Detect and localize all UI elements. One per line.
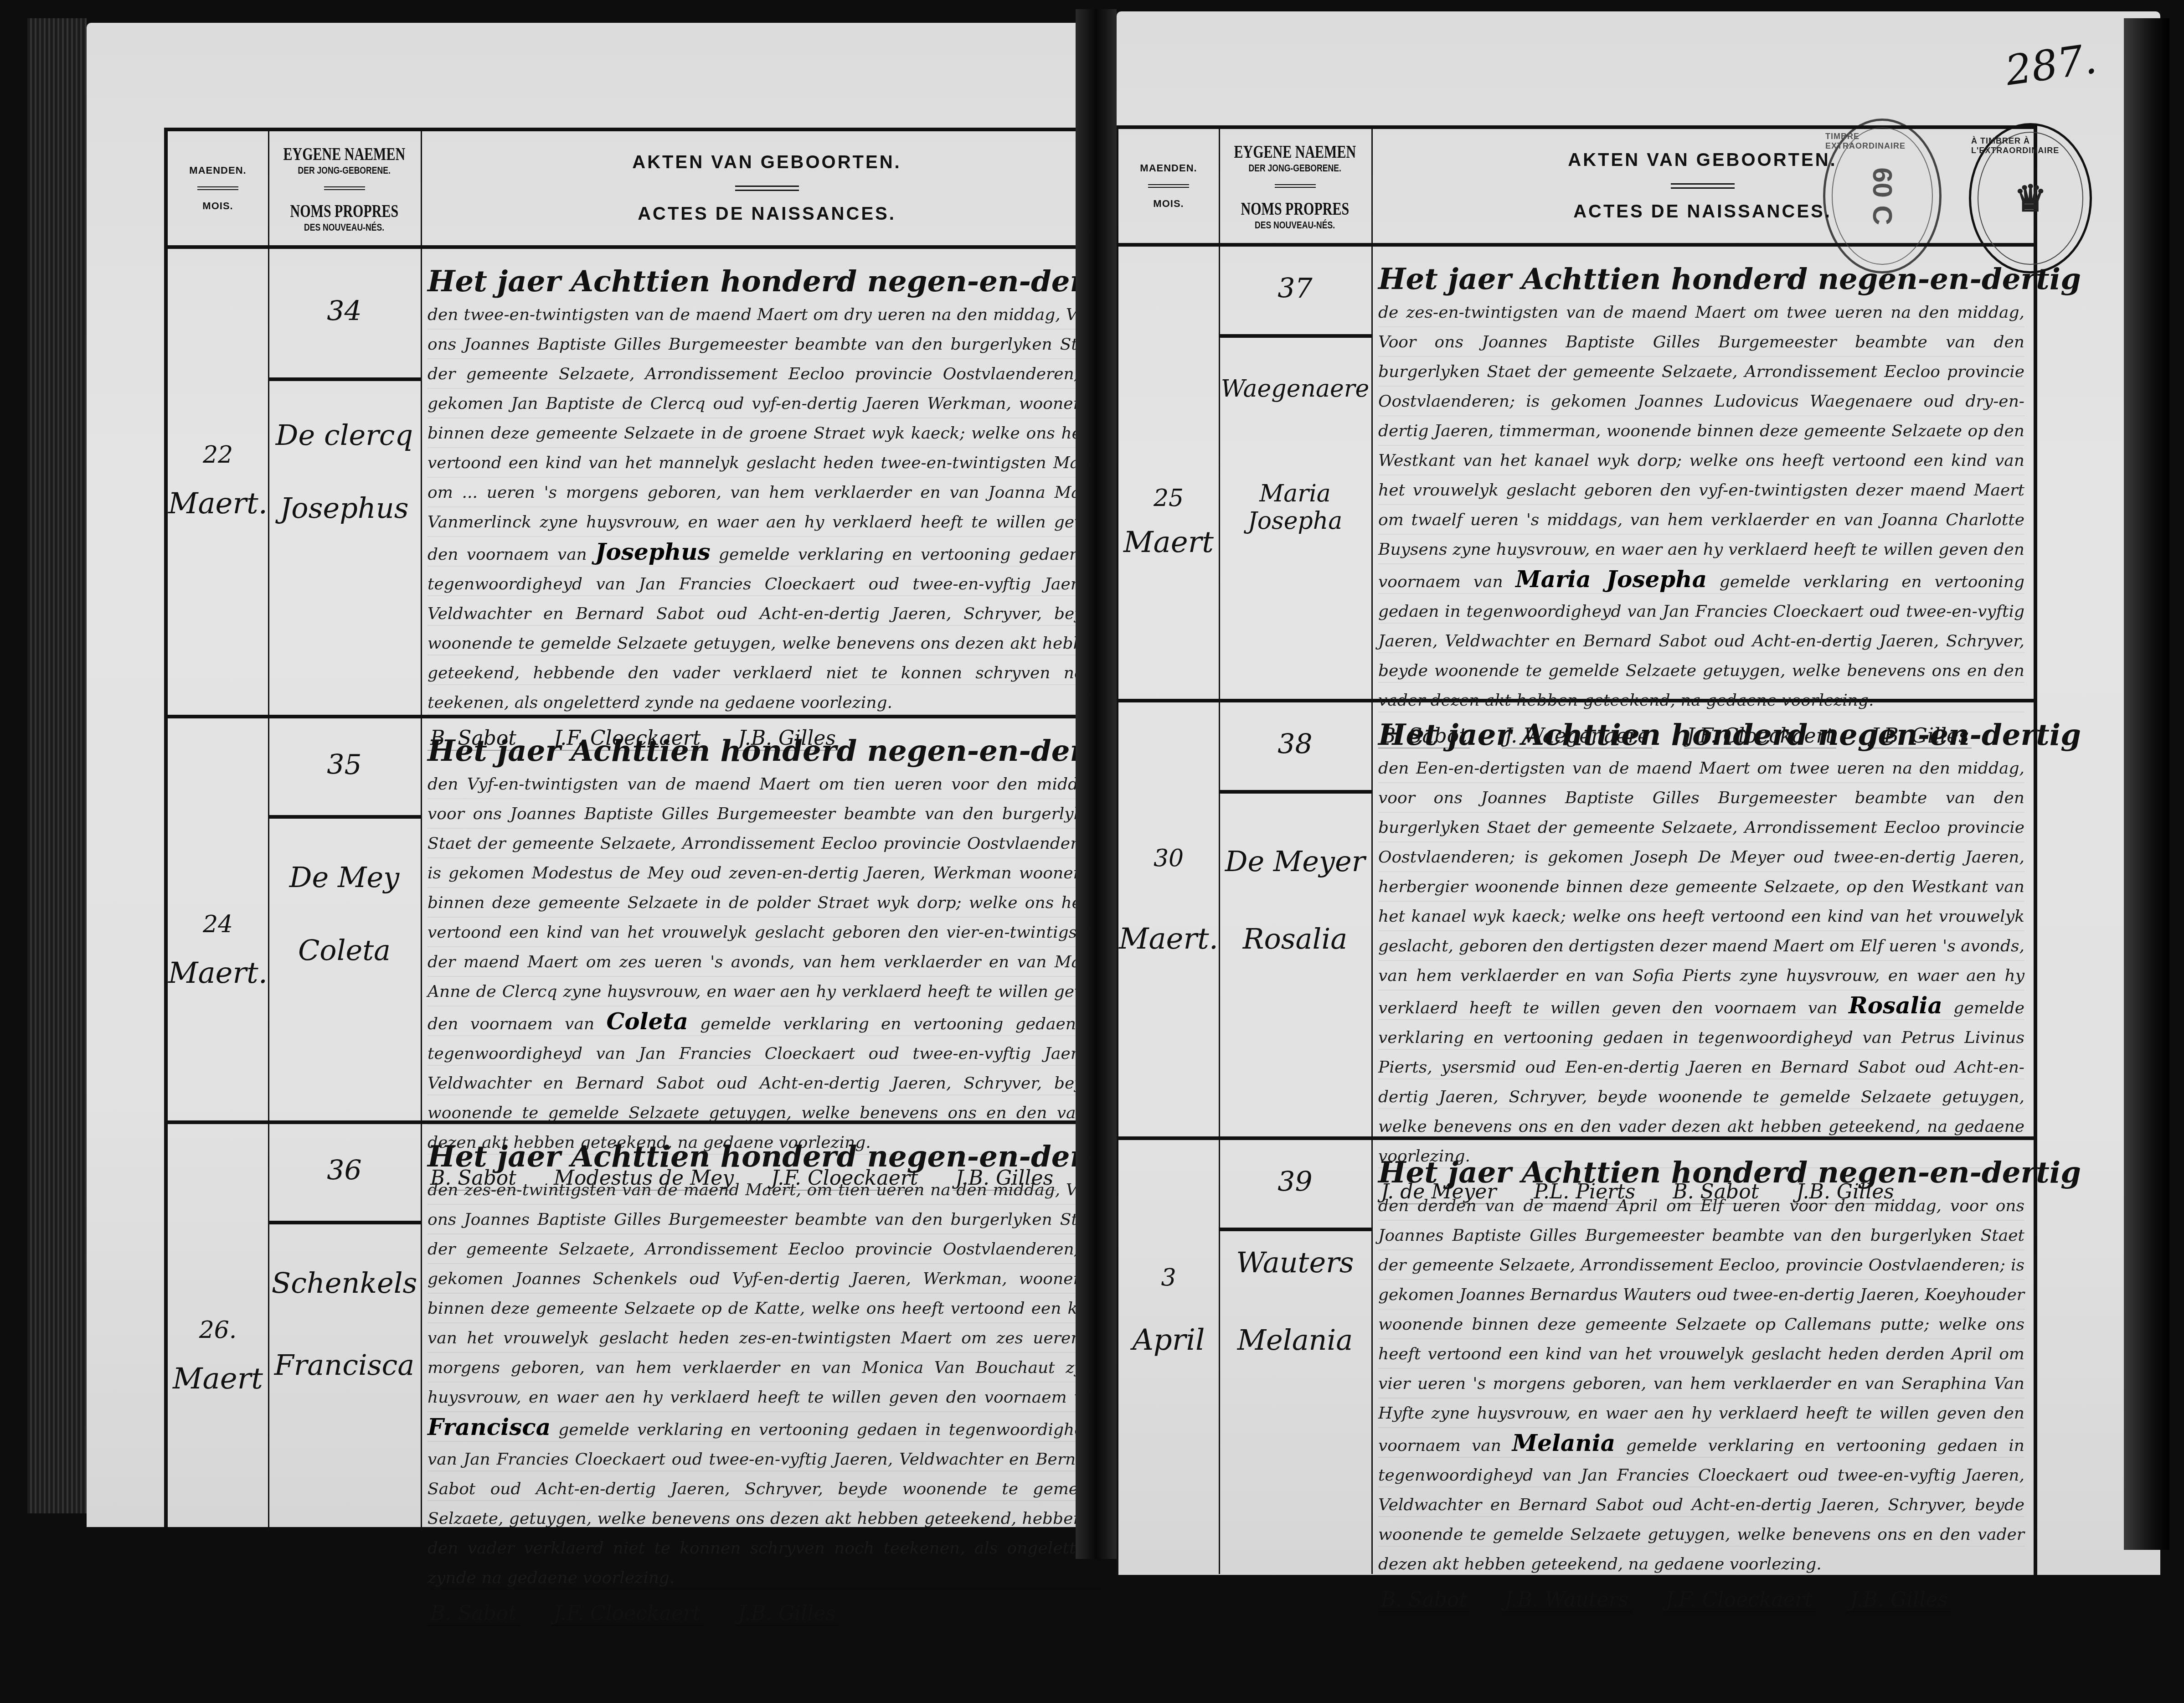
book-spine [1076,9,1117,1559]
given-name-highlight: Rosalia [1849,992,1942,1019]
record-surname: Waegenaere [1219,375,1371,403]
record-body: den Vyf-en-twintigsten van de maend Maer… [428,769,1104,1157]
header-names-fr: NOMS PROPRES [1241,198,1350,219]
header-names-nl-sub: DER JONG-GEBORENE. [298,165,391,176]
date-cell: 22 Maert. [168,245,269,715]
record-opening: Het jaer Achttien honderd negen-en-derti… [428,1139,1104,1175]
header-names-column: EYGENE NAEMEN DER JONG-GEBORENE. NOMS PR… [1219,129,1373,243]
record-text: Het jaer Achttien honderd negen-en-derti… [428,263,1104,710]
record-month: Maert [168,1362,268,1396]
body-text: den zes-en-twintigsten van de maend Maer… [428,1181,1104,1407]
record-given-name: Melania [1219,1323,1371,1357]
header-month-nl: MAENDEN. [1140,162,1197,174]
record-month: Maert. [1118,922,1219,956]
record-opening: Het jaer Achttien honderd negen-en-derti… [428,733,1104,769]
birth-record-39: 3 April 39 Wauters Melania Het jaer Acht… [1118,1136,2034,1574]
divider [324,186,365,190]
record-given-name: Francisca [268,1348,421,1382]
birth-record-35: 24 Maert. 35 De Mey Coleta Het jaer Acht… [168,715,1113,1124]
record-body: de zes-en-twintigsten van de maend Maert… [1378,298,2024,715]
record-day: 24 [168,911,268,938]
title-nl: AKTEN VAN GEBOORTEN. [632,152,901,173]
header-names-nl-sub: DER JONG-GEBORENE. [1249,162,1341,174]
given-name-highlight: Coleta [606,1008,688,1035]
header-month-fr: MOIS. [202,200,233,212]
record-body: den Een-en-dertigsten van de maend Maert… [1378,753,2024,1171]
body-text: de zes-en-twintigsten van de maend Maert… [1378,303,2024,591]
header-title-column: AKTEN VAN GEBOORTEN. ACTES DE NAISSANCES… [421,131,1113,245]
header-month-fr: MOIS. [1153,198,1184,210]
divider [197,186,238,190]
signature: B. Sabot [1378,1588,1470,1612]
signature: J.F. Cloeckaert [551,1602,703,1626]
record-number: 35 [268,715,421,819]
record-given-name: Josephus [268,491,421,525]
body-text: den twee-en-twintigsten van de maend Mae… [428,305,1104,564]
record-given-name: Coleta [268,934,421,967]
record-surname: De Meyer [1219,845,1371,878]
body-text: gemelde verklaring en vertooning gedaen … [428,545,1104,712]
record-day: 25 [1118,485,1219,512]
body-text: den Vyf-en-twintigsten van de maend Maer… [428,775,1104,1033]
record-day: 22 [168,441,268,469]
record-given-name: Rosalia [1219,922,1371,955]
record-body: den zes-en-twintigsten van de maend Maer… [428,1175,1104,1593]
body-text: gemelde verklaring en vertooning gedaen … [428,1420,1104,1587]
record-given-name: Maria Josepha [1219,480,1371,535]
record-surname: Schenkels [268,1266,421,1300]
given-name-highlight: Maria Josepha [1515,566,1707,593]
signature: B. Sabot [428,1602,519,1626]
date-cell: 26. Maert [168,1120,269,1531]
record-surname: De Mey [268,861,421,894]
signature: J.F. Cloeckaert [1663,1588,1815,1612]
name-cell: 34 De clercq Josephus [268,245,422,715]
header-names-nl: EYGENE NAEMEN [283,143,406,165]
left-book-edge [27,18,87,1513]
name-cell: 36 Schenkels Francisca [268,1120,422,1531]
body-text: den derden van de maend April om Elf uer… [1378,1197,2024,1455]
record-month: Maert. [168,956,268,990]
record-body: den twee-en-twintigsten van de maend Mae… [428,300,1104,717]
signature: J.B. Gilles [735,1602,839,1626]
name-cell: 38 De Meyer Rosalia [1219,699,1373,1136]
birth-record-38: 30 Maert. 38 De Meyer Rosalia Het jaer A… [1118,699,2034,1140]
title-fr: ACTES DE NAISSANCES. [638,204,896,224]
record-opening: Het jaer Achttien honderd negen-en-derti… [1378,1155,2024,1191]
birth-record-37: 25 Maert 37 Waegenaere Maria Josepha Het… [1118,243,2034,702]
record-text: Het jaer Achttien honderd negen-en-derti… [1378,261,2024,694]
register-table-left: MAENDEN. MOIS. EYGENE NAEMEN DER JONG-GE… [164,128,1117,1527]
record-number: 36 [268,1120,421,1224]
header-names-fr-sub: DES NOUVEAU-NÉS. [304,222,384,233]
given-name-highlight: Melania [1512,1429,1615,1456]
stamp-label: TIMBRE EXTRAORDINAIRE [1825,132,1939,151]
record-surname: Wauters [1219,1246,1371,1279]
given-name-highlight: Francisca [428,1414,551,1440]
body-text: gemelde verklaring en vertooning gedaen … [1378,1436,2024,1574]
signatures: B. Sabot J.B. Wauters J.F. Cloeckaert J.… [1378,1588,2024,1612]
register-table-right: MAENDEN. MOIS. EYGENE NAEMEN DER JONG-GE… [1117,125,2037,1575]
record-month: April [1118,1323,1219,1357]
record-month: Maert [1118,526,1219,559]
divider [1148,184,1189,188]
name-cell: 39 Wauters Melania [1219,1136,1373,1574]
header-month-column: MAENDEN. MOIS. [1118,129,1220,243]
header-names-nl: EYGENE NAEMEN [1234,141,1356,162]
record-text: Het jaer Achttien honderd negen-en-derti… [1378,717,2024,1132]
stamp-label: À TIMBRER À L'EXTRAORDINAIRE [1971,136,2090,155]
record-opening: Het jaer Achttien honderd negen-en-derti… [1378,717,2024,753]
signatures: B. Sabot J.F. Cloeckaert J.B. Gilles [428,1602,1104,1626]
date-cell: 25 Maert [1118,243,1220,699]
record-body: den derden van de maend April om Elf uer… [1378,1191,2024,1579]
register-header: MAENDEN. MOIS. EYGENE NAEMEN DER JONG-GE… [168,131,1113,249]
record-month: Maert. [168,487,268,521]
divider [1671,183,1735,189]
body-text: gemelde verklaring en vertooning gedaen … [1378,573,2024,710]
date-cell: 3 April [1118,1136,1220,1574]
record-text: Het jaer Achttien honderd negen-en-derti… [428,733,1104,1116]
header-month-column: MAENDEN. MOIS. [168,131,269,245]
record-opening: Het jaer Achttien honderd negen-en-derti… [428,263,1104,300]
signature: J.B. Wauters [1502,1588,1631,1612]
right-book-edge [2124,18,2169,1550]
divider [1275,184,1316,188]
date-cell: 24 Maert. [168,715,269,1120]
record-text: Het jaer Achttien honderd negen-en-derti… [428,1139,1104,1526]
tax-stamp-60c: TIMBRE EXTRAORDINAIRE 60 C [1823,119,1942,274]
record-day: 26. [168,1316,268,1344]
record-day: 30 [1118,845,1219,872]
record-number: 37 [1219,243,1371,338]
title-nl: AKTEN VAN GEBOORTEN. [1568,150,1837,170]
date-cell: 30 Maert. [1118,699,1220,1136]
body-text: den Een-en-dertigsten van de maend Maert… [1378,759,2024,1017]
record-surname: De clercq [268,418,421,452]
record-number: 39 [1219,1136,1371,1231]
header-names-fr: NOMS PROPRES [290,200,399,222]
record-opening: Het jaer Achttien honderd negen-en-derti… [1378,261,2024,298]
header-month-nl: MAENDEN. [189,165,246,176]
record-text: Het jaer Achttien honderd negen-en-derti… [1378,1155,2024,1569]
divider [735,186,799,191]
birth-record-36: 26. Maert 36 Schenkels Francisca Het jae… [168,1120,1113,1531]
header-names-column: EYGENE NAEMEN DER JONG-GEBORENE. NOMS PR… [268,131,422,245]
signature: J.B. Gilles [1847,1588,1951,1612]
header-names-fr-sub: DES NOUVEAU-NÉS. [1255,219,1335,231]
stamp-value: 60 C [1867,167,1898,225]
record-number: 38 [1219,699,1371,794]
name-cell: 37 Waegenaere Maria Josepha [1219,243,1373,699]
birth-record-34: 22 Maert. 34 De clercq Josephus Het jaer… [168,245,1113,718]
title-fr: ACTES DE NAISSANCES. [1573,201,1832,222]
name-cell: 35 De Mey Coleta [268,715,422,1120]
record-day: 3 [1118,1264,1219,1291]
left-page: MAENDEN. MOIS. EYGENE NAEMEN DER JONG-GE… [87,23,1117,1527]
record-number: 34 [268,245,421,381]
lion-stamp: À TIMBRER À L'EXTRAORDINAIRE ♛ [1969,123,2092,274]
given-name-highlight: Josephus [595,538,711,565]
